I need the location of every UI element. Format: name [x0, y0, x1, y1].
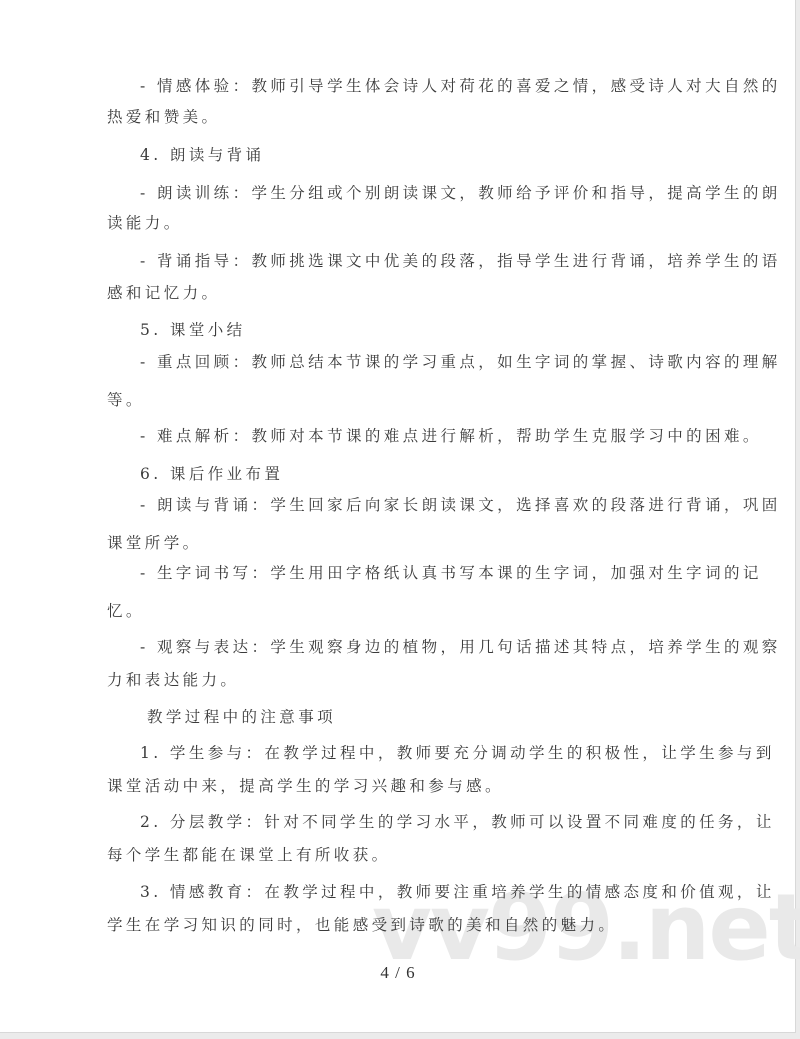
paragraph-line: - 生字词书写：学生用田字格纸认真书写本课的生字词，加强对生字词的记	[140, 563, 762, 583]
document-page: vv99.net - 情感体验：教师引导学生体会诗人对荷花的喜爱之情，感受诗人对…	[0, 0, 796, 1033]
paragraph-line: 感和记忆力。	[107, 283, 220, 303]
paragraph-line: 读能力。	[107, 213, 183, 233]
section-heading: 5. 课堂小结	[140, 320, 246, 340]
paragraph-line: 力和表达能力。	[107, 670, 239, 690]
page-number: 4 / 6	[0, 963, 796, 983]
paragraph-line: - 情感体验：教师引导学生体会诗人对荷花的喜爱之情，感受诗人对大自然的	[140, 76, 781, 96]
section-title: 教学过程中的注意事项	[147, 707, 336, 727]
section-heading: 6. 课后作业布置	[140, 464, 283, 484]
paragraph-line: 每个学生都能在课堂上有所收获。	[107, 845, 391, 865]
paragraph-line: - 观察与表达：学生观察身边的植物，用几句话描述其特点，培养学生的观察	[140, 637, 781, 657]
paragraph-line: 课堂活动中来，提高学生的学习兴趣和参与感。	[107, 776, 504, 796]
paragraph-line: - 背诵指导：教师挑选课文中优美的段落，指导学生进行背诵，培养学生的语	[140, 251, 781, 271]
paragraph-line: 课堂所学。	[107, 533, 202, 553]
section-heading: 4. 朗读与背诵	[140, 145, 264, 165]
paragraph-line: - 朗读与背诵：学生回家后向家长朗读课文，选择喜欢的段落进行背诵，巩固	[140, 495, 781, 515]
text-layer: - 情感体验：教师引导学生体会诗人对荷花的喜爱之情，感受诗人对大自然的 热爱和赞…	[0, 0, 795, 1032]
paragraph-line: 1. 学生参与：在教学过程中，教师要充分调动学生的积极性，让学生参与到	[140, 743, 775, 763]
paragraph-line: 3. 情感教育：在教学过程中，教师要注重培养学生的情感态度和价值观，让	[140, 882, 775, 902]
paragraph-line: - 重点回顾：教师总结本节课的学习重点，如生字词的掌握、诗歌内容的理解	[140, 352, 781, 372]
paragraph-line: 2. 分层教学：针对不同学生的学习水平，教师可以设置不同难度的任务，让	[140, 812, 775, 832]
paragraph-line: - 朗读训练：学生分组或个别朗读课文，教师给予评价和指导，提高学生的朗	[140, 183, 781, 203]
paragraph-line: - 难点解析：教师对本节课的难点进行解析，帮助学生克服学习中的困难。	[140, 426, 762, 446]
paragraph-line: 学生在学习知识的同时，也能感受到诗歌的美和自然的魅力。	[107, 915, 617, 935]
paragraph-line: 忆。	[107, 601, 145, 621]
paragraph-line: 热爱和赞美。	[107, 107, 220, 127]
paragraph-line: 等。	[107, 390, 145, 410]
